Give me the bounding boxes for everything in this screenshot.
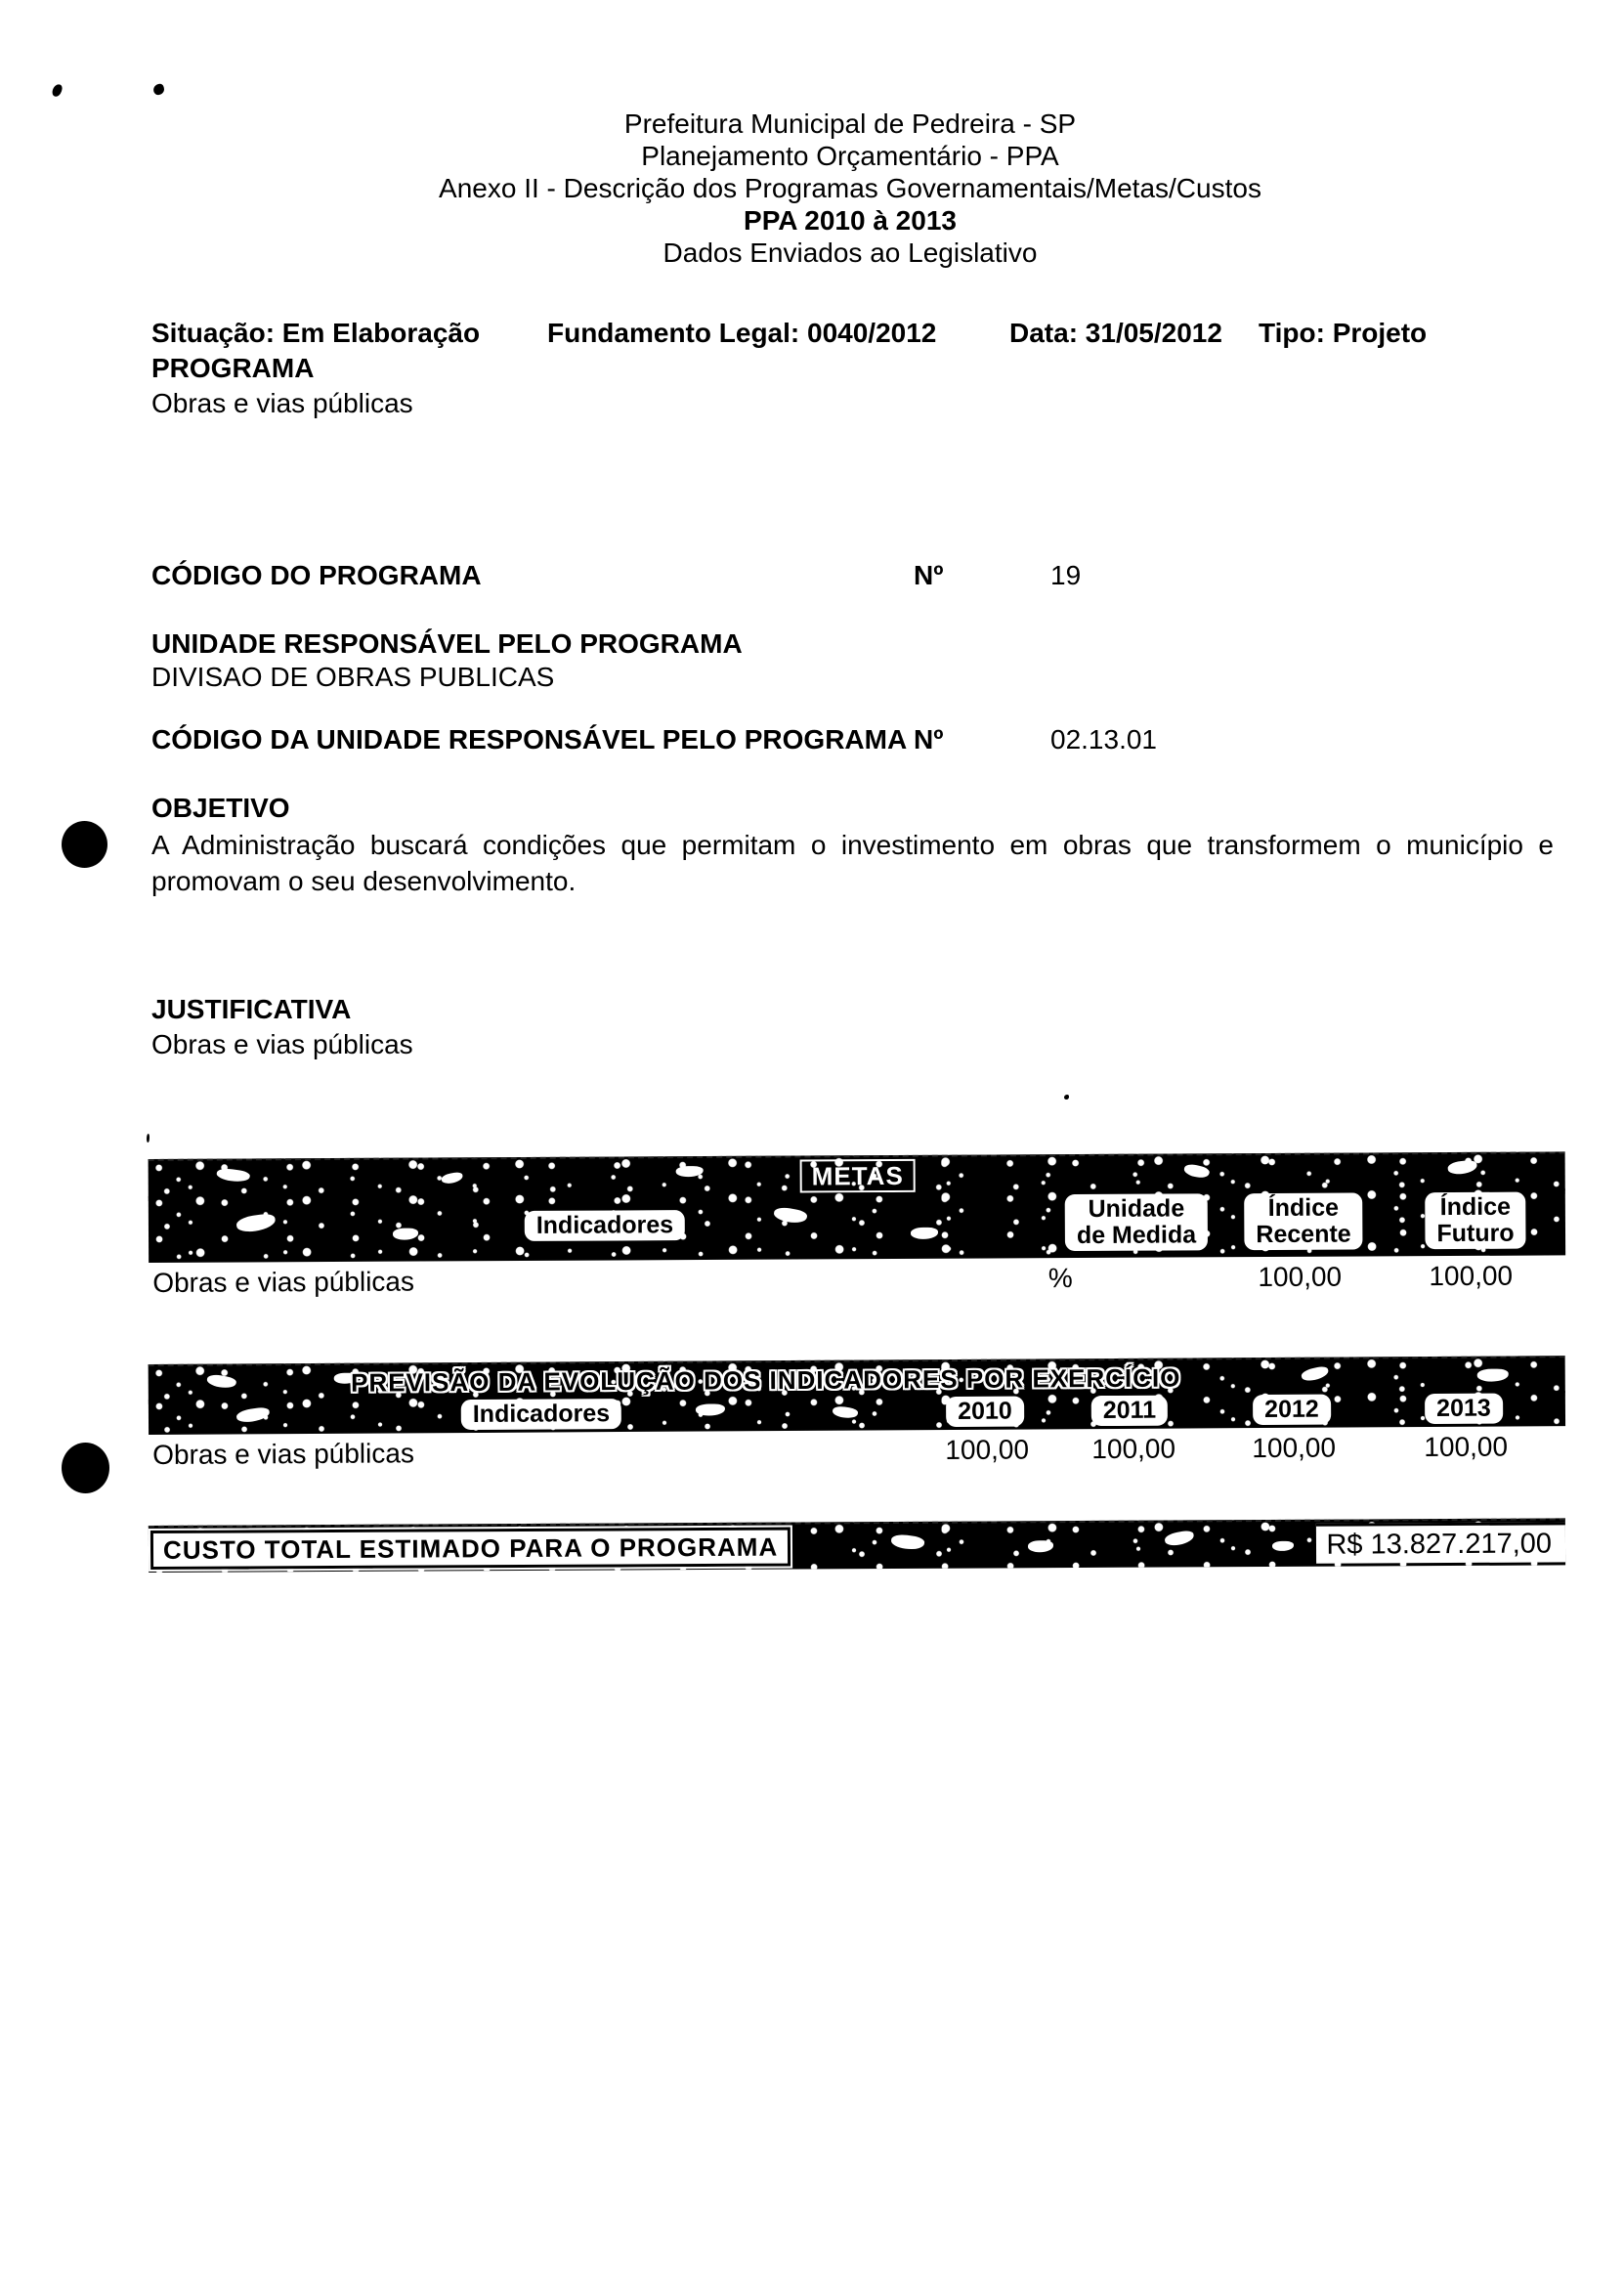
previsao-row-2012: 100,00 xyxy=(1252,1432,1336,1466)
metas-row-indice-futuro: 100,00 xyxy=(1429,1260,1513,1293)
situacao-label: Situação: Em Elaboração xyxy=(151,317,480,349)
scan-blob xyxy=(1301,1365,1330,1383)
previsao-title: PREVISÃO DA EVOLUÇÃO DOS INDICADORES POR… xyxy=(351,1362,1181,1399)
unidade-responsavel-label: UNIDADE RESPONSÁVEL PELO PROGRAMA xyxy=(151,627,743,660)
previsao-col-2011: 2011 xyxy=(1091,1396,1168,1426)
previsao-col-2013: 2013 xyxy=(1425,1394,1503,1424)
codigo-programa-label: CÓDIGO DO PROGRAMA xyxy=(151,559,482,591)
scan-blob xyxy=(1028,1540,1053,1552)
scan-speck xyxy=(1064,1095,1069,1100)
previsao-row-indicador: Obras e vias públicas xyxy=(152,1437,414,1472)
scan-blob xyxy=(235,1213,277,1234)
justificativa-text: Obras e vias públicas xyxy=(151,1028,413,1060)
metas-col-indicadores: Indicadores xyxy=(525,1210,685,1241)
scan-speck xyxy=(147,1134,150,1143)
objetivo-text: A Administração buscará condições que pe… xyxy=(151,827,1554,899)
codigo-unidade-numero-value: 02.13.01 xyxy=(1050,723,1157,755)
scan-blob xyxy=(911,1228,938,1239)
metas-header-band: Indicadores Unidade de Medida Índice Rec… xyxy=(149,1188,1565,1263)
scan-blob xyxy=(1164,1530,1195,1547)
hole-punch-mark xyxy=(62,821,107,868)
scan-speck xyxy=(51,83,64,98)
scan-blob xyxy=(1183,1162,1211,1180)
fundamento-legal-label: Fundamento Legal: 0040/2012 xyxy=(547,317,936,349)
previsao-row-2010: 100,00 xyxy=(945,1433,1029,1467)
metas-table: METAS Indicadores Unidade de Medida Índi… xyxy=(149,1151,1566,1308)
metas-col-indice-futuro: Índice Futuro xyxy=(1425,1192,1525,1250)
scan-blob xyxy=(1447,1159,1477,1175)
scan-blob xyxy=(393,1229,418,1240)
scan-blob xyxy=(832,1405,858,1420)
custo-total-value: R$ 13.827.217,00 xyxy=(1316,1522,1565,1563)
objetivo-label: OBJETIVO xyxy=(151,792,290,824)
hole-punch-mark xyxy=(62,1443,109,1493)
scan-blob xyxy=(235,1406,271,1424)
scan-blob xyxy=(441,1171,463,1185)
tipo-label: Tipo: Projeto xyxy=(1259,317,1427,349)
metas-col-indice-recente: Índice Recente xyxy=(1244,1192,1363,1250)
previsao-col-indicadores: Indicadores xyxy=(461,1399,622,1430)
scan-blob xyxy=(676,1166,704,1177)
header-line-ppa: PPA 2010 à 2013 xyxy=(83,204,1617,237)
scan-blob xyxy=(773,1206,808,1226)
previsao-row-2013: 100,00 xyxy=(1424,1431,1508,1465)
justificativa-label: JUSTIFICATIVA xyxy=(151,993,351,1025)
previsao-table: PREVISÃO DA EVOLUÇÃO DOS INDICADORES POR… xyxy=(149,1356,1566,1478)
scan-blob xyxy=(206,1373,237,1390)
previsao-col-2010: 2010 xyxy=(946,1397,1024,1427)
metas-row-unidade: % xyxy=(1048,1262,1073,1295)
document-page: Prefeitura Municipal de Pedreira - SP Pl… xyxy=(0,0,1624,2286)
unidade-responsavel-value: DIVISAO DE OBRAS PUBLICAS xyxy=(151,661,554,693)
previsao-data-row: Obras e vias públicas 100,00 100,00 100,… xyxy=(149,1430,1565,1478)
scan-blob xyxy=(1477,1368,1509,1381)
scan-blob xyxy=(696,1403,725,1415)
codigo-programa-numero-value: 19 xyxy=(1050,559,1081,591)
header-line-dados: Dados Enviados ao Legislativo xyxy=(83,237,1617,269)
scan-speck xyxy=(152,83,165,96)
header-line-planejamento: Planejamento Orçamentário - PPA xyxy=(83,140,1617,172)
metas-title: METAS xyxy=(800,1159,916,1193)
scan-blob xyxy=(1272,1541,1294,1551)
codigo-unidade-label: CÓDIGO DA UNIDADE RESPONSÁVEL PELO PROGR… xyxy=(151,723,907,755)
data-label: Data: 31/05/2012 xyxy=(1009,317,1222,349)
metas-col-unidade-medida: Unidade de Medida xyxy=(1065,1193,1209,1251)
metas-row-indicador: Obras e vias públicas xyxy=(152,1266,414,1300)
codigo-programa-numero-label: Nº xyxy=(914,559,943,591)
header-line-municipio: Prefeitura Municipal de Pedreira - SP xyxy=(83,108,1617,140)
programa-label: PROGRAMA xyxy=(151,352,314,384)
scan-blob xyxy=(890,1533,925,1551)
previsao-col-2012: 2012 xyxy=(1253,1395,1331,1425)
metas-row-indice-recente: 100,00 xyxy=(1258,1261,1342,1294)
programa-value: Obras e vias públicas xyxy=(151,387,413,419)
metas-data-row: Obras e vias públicas % 100,00 100,00 xyxy=(149,1259,1565,1306)
custo-total-label: CUSTO TOTAL ESTIMADO PARA O PROGRAMA xyxy=(150,1528,791,1570)
document-header: Prefeitura Municipal de Pedreira - SP Pl… xyxy=(83,108,1617,269)
previsao-row-2011: 100,00 xyxy=(1091,1433,1175,1467)
scan-blob xyxy=(216,1167,250,1183)
custo-total-band: CUSTO TOTAL ESTIMADO PARA O PROGRAMA R$ … xyxy=(149,1518,1565,1573)
codigo-unidade-numero-label: Nº xyxy=(914,723,943,755)
header-line-anexo: Anexo II - Descrição dos Programas Gover… xyxy=(83,172,1617,204)
previsao-header-band: Indicadores 2010 2011 2012 2013 xyxy=(149,1391,1565,1435)
